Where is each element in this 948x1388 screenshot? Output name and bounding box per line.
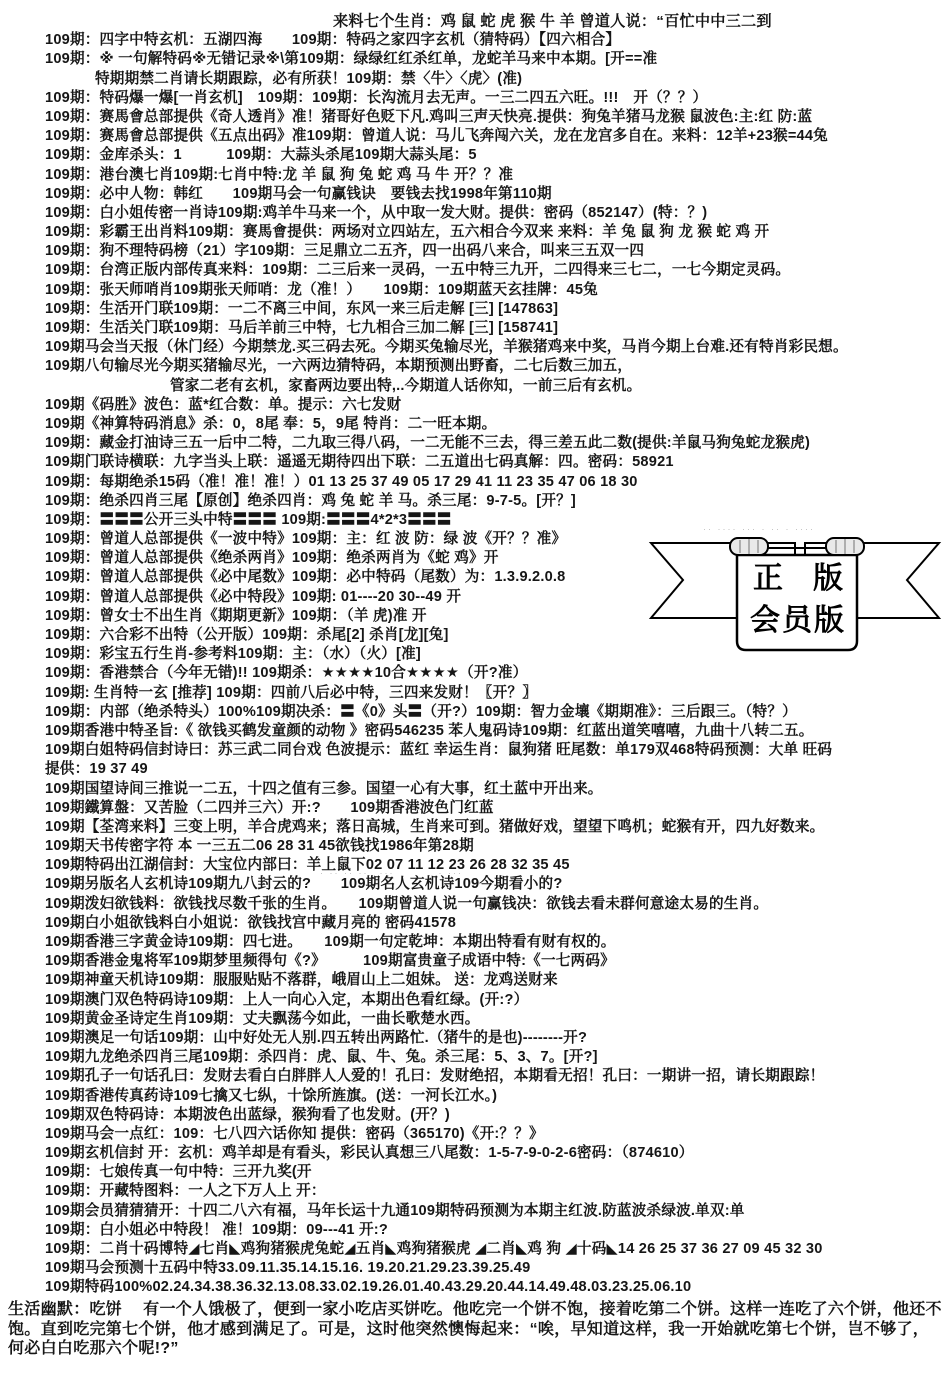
scan-artifact: · ·· ·· ·· ··· · ··· [320, 866, 463, 879]
tip-line-25: 109期：绝杀四肖三尾【原创】绝杀四肖：鸡 兔 蛇 羊 马。杀三尾：9-7-5。… [45, 492, 948, 511]
tip-line-64: 109期：二肖十码博特◢七肖◣鸡狗猪猴虎兔蛇◢五肖◣鸡狗猪猴虎 ◢二肖◣鸡 狗 … [45, 1240, 948, 1259]
tip-line-9: 109期：必中人物：韩红 109期马会一句赢钱诀 要钱去找1998年第110期 [45, 185, 948, 204]
tip-line-55: 109期孔子一句话孔曰：发财去看白白胖胖人人爱的！孔曰：发财绝招，本期看无招！孔… [45, 1067, 948, 1086]
tip-line-44: 109期特码出江湖信封：大宝位内部曰：羊上鼠下02 07 11 12 23 26… [45, 856, 948, 875]
tip-line-49: 109期香港金鬼将军109期梦里频得句《?》 109期富贵童子成语中特:《一七两… [45, 952, 948, 971]
tip-line-11: 109期：彩霸王出肖料109期：赛馬會提供：两场对立四站左，五六相合今双来 来料… [45, 223, 948, 242]
header-line: 来料七个生肖：鸡 鼠 蛇 虎 猴 牛 羊 曾道人说：“百忙中中三二到 [45, 12, 948, 31]
tip-line-48: 109期香港三字黄金诗109期：四七进。 109期一句定乾坤：本期出特看有财有权… [45, 933, 948, 952]
tip-line-4: 109期：特码爆一爆[一肖玄机] 109期：109期：长沟流月去无声。一三二四五… [45, 89, 948, 108]
tip-line-61: 109期：开藏特图料：一人之下万人上 开： [45, 1182, 948, 1201]
tip-line-41: 109期鐵算盤：又苦脸（二四并三六）开:? 109期香港波色门红蓝 [45, 799, 948, 818]
tip-line-10: 109期：白小姐传密一肖诗109期:鸡羊牛马来一个，从中取一发大财。提供：密码（… [45, 204, 948, 223]
stamp-text-genuine: 正 版 [737, 553, 859, 597]
tip-line-46: 109期泼妇欲钱料：欲钱找尽数千张的生肖。 109期曾道人说一句赢钱决：欲钱去看… [45, 895, 948, 914]
tip-line-19: 管家二老有玄机，家畜两边要出特,..今期道人话你知，一前三后有玄机。 [45, 377, 948, 396]
tip-line-36: 109期：内部（绝杀特头）100%109期决杀：〓《0》头〓（开?）109期：智… [45, 703, 948, 722]
tip-line-50: 109期神童天机诗109期：服服贴贴不落群，峨眉山上二姐妹。 送：龙鸡送财来 [45, 971, 948, 990]
tip-line-1: 109期：四字中特玄机：五湖四海 109期：特码之家四字玄机（猜特码）【四六相合… [45, 31, 948, 50]
tip-line-20: 109期《码胜》波色：蓝*红合数：单。提示：六七发财 [45, 396, 948, 415]
tip-line-22: 109期：藏金打油诗三五一后中二特，二九取三得八码，一二无能不三去，得三差五此二… [45, 434, 948, 453]
tip-line-66: 109期特码100%02.24.34.38.36.32.13.08.33.02.… [45, 1278, 948, 1297]
tip-line-12: 109期：狗不理特码榜（21）字109期：三足鼎立二五齐，四一出码八来合，叫来三… [45, 242, 948, 261]
tip-line-6: 109期：赛馬會总部提供《五点出码》准109期：曾道人说：马儿飞奔闯六关，龙在龙… [45, 127, 948, 146]
tip-line-39: 提供：19 37 49 [45, 760, 948, 779]
tip-line-63: 109期：白小姐必中特段！ 准！109期：09---41 开:? [45, 1221, 948, 1240]
tip-line-35: 109期: 生肖特一玄 [推荐] 109期：四前八后必中特，三四来发财！〖开？〗 [45, 684, 948, 703]
tip-line-17: 109期马会当天报（休门经）今期禁龙.买三码去死。今期买兔输尽光，羊猴猪鸡来中奖… [45, 338, 948, 357]
genuine-member-edition-stamp: 正 版 会员版 [645, 523, 945, 665]
tip-line-16: 109期：生活关门联109期：马后羊前三中特，七九相合三加二解 [三] [158… [45, 319, 948, 338]
tip-line-62: 109期会员猜猜猜开：十四二八六有福，马年长运十九通109期特码预测为本期主红波… [45, 1202, 948, 1221]
humor-paragraph: 生活幽默：吃饼 有一个人饿极了，便到一家小吃店买饼吃。他吃完一个饼不饱，接着吃第… [8, 1300, 944, 1359]
tip-line-3: 特期期禁二肖请长期跟踪，必有所获！109期：禁〈牛〉〈虎〉(准) [45, 70, 948, 89]
tip-line-57: 109期双色特码诗：本期波色出蓝绿，猴狗看了也发财。(开？) [45, 1106, 948, 1125]
tip-line-37: 109期香港中特圣旨:《 欲钱买鹤发童颜的动物 》密码546235 苯人鬼码诗1… [45, 722, 948, 741]
tip-line-18: 109期八句输尽光今期买猪输尽光，一六两边猜特码，本期预测出野畜，二七后数三加五… [45, 357, 948, 376]
tip-line-2: 109期：※ 一句解特码※无错记录※\第109期：绿绿红红杀红单，龙蛇羊马来中本… [45, 50, 948, 69]
tip-line-15: 109期：生活开门联109期：一二不离三中间，东风一来三后走解 [三] [147… [45, 300, 948, 319]
tip-line-65: 109期马会预测十五码中特33.09.11.35.14.15.16. 19.20… [45, 1259, 948, 1278]
tip-line-51: 109期澳门双色特码诗109期：上人一向心入定，本期出色看红绿。(开:?） [45, 991, 948, 1010]
tip-line-43: 109期天书传密字符 本 一三五二06 28 31 45欲钱找1986年第28期 [45, 837, 948, 856]
tip-line-23: 109期门联诗横联：九字当头上联：遥遥无期待四出下联：二五道出七码真解：四。密码… [45, 453, 948, 472]
tip-line-13: 109期：台湾正版内部传真来料：109期：二三后来一灵码，一五中特三九开，二四得… [45, 261, 948, 280]
tip-line-21: 109期《神算特码消息》杀：0，8尾 奉：5，9尾 特肖：二一旺本期。 [45, 415, 948, 434]
tip-line-42: 109期【荃湾来料】三变上明，羊合虎鸡来；落日高城，生肖来可到。猪做好戏，望望下… [45, 818, 948, 837]
tip-line-40: 109期国望诗间三推说一二五，十四之值有三参。国望一心有大事，红土蓝中开出来。 [45, 780, 948, 799]
tip-line-58: 109期马会一点红：109：七八四六话你知 提供：密码（365170)《开:？？… [45, 1125, 948, 1144]
tip-line-14: 109期：张天师哨肖109期张天师哨：龙（准！） 109期：109期蓝天玄挂牌：… [45, 281, 948, 300]
tip-line-8: 109期：港台澳七肖109期:七肖中特:龙 羊 鼠 狗 兔 蛇 鸡 马 牛 开？… [45, 166, 948, 185]
tip-line-60: 109期：七娘传真一句中特：三开九奖(开 [45, 1163, 948, 1182]
tip-line-38: 109期白姐特码信封诗曰：苏三武二同台戏 色波提示：蓝红 幸运生肖：鼠狗猪 旺尾… [45, 741, 948, 760]
tip-line-24: 109期：每期绝杀15码（准！准！准！）01 13 25 37 49 05 17… [45, 473, 948, 492]
tip-line-54: 109期九龙绝杀四肖三尾109期：杀四肖：虎、鼠、牛、兔。杀三尾：5、3、7。[… [45, 1048, 948, 1067]
tip-line-47: 109期白小姐欲钱料白小姐说：欲钱找宫中藏月亮的 密码41578 [45, 914, 948, 933]
tip-line-52: 109期黄金圣诗定生肖109期：丈夫飘荡今如此，一曲长歌楚水西。 [45, 1010, 948, 1029]
tip-line-5: 109期：赛馬會总部提供《奇人透肖》准！猪哥好色贬下凡.鸡叫三声天快亮.提供：狗… [45, 108, 948, 127]
tip-line-7: 109期：金库杀头：1 109期：大蒜头杀尾109期大蒜头尾：5 [45, 146, 948, 165]
stamp-text-member-edition: 会员版 [737, 595, 859, 639]
tip-line-53: 109期澳足一句话109期：山中好处无人别.四五转出两路忙.（猪牛的是也)---… [45, 1029, 948, 1048]
tip-line-45: 109期另版名人玄机诗109期九八封云的? 109期名人玄机诗109今期看小的? [45, 875, 948, 894]
tip-line-59: 109期玄机信封 开：玄机：鸡羊却是有看头，彩民认真想三八尾数：1-5-7-9-… [45, 1144, 948, 1163]
tip-line-34: 109期：香港禁合（今年无错)!! 109期杀：★★★★10合★★★★（开?准） [45, 664, 948, 683]
tip-line-56: 109期香港传真药诗109七擒又七纵，十馀所旌旗。(送：一河长江水。) [45, 1087, 948, 1106]
